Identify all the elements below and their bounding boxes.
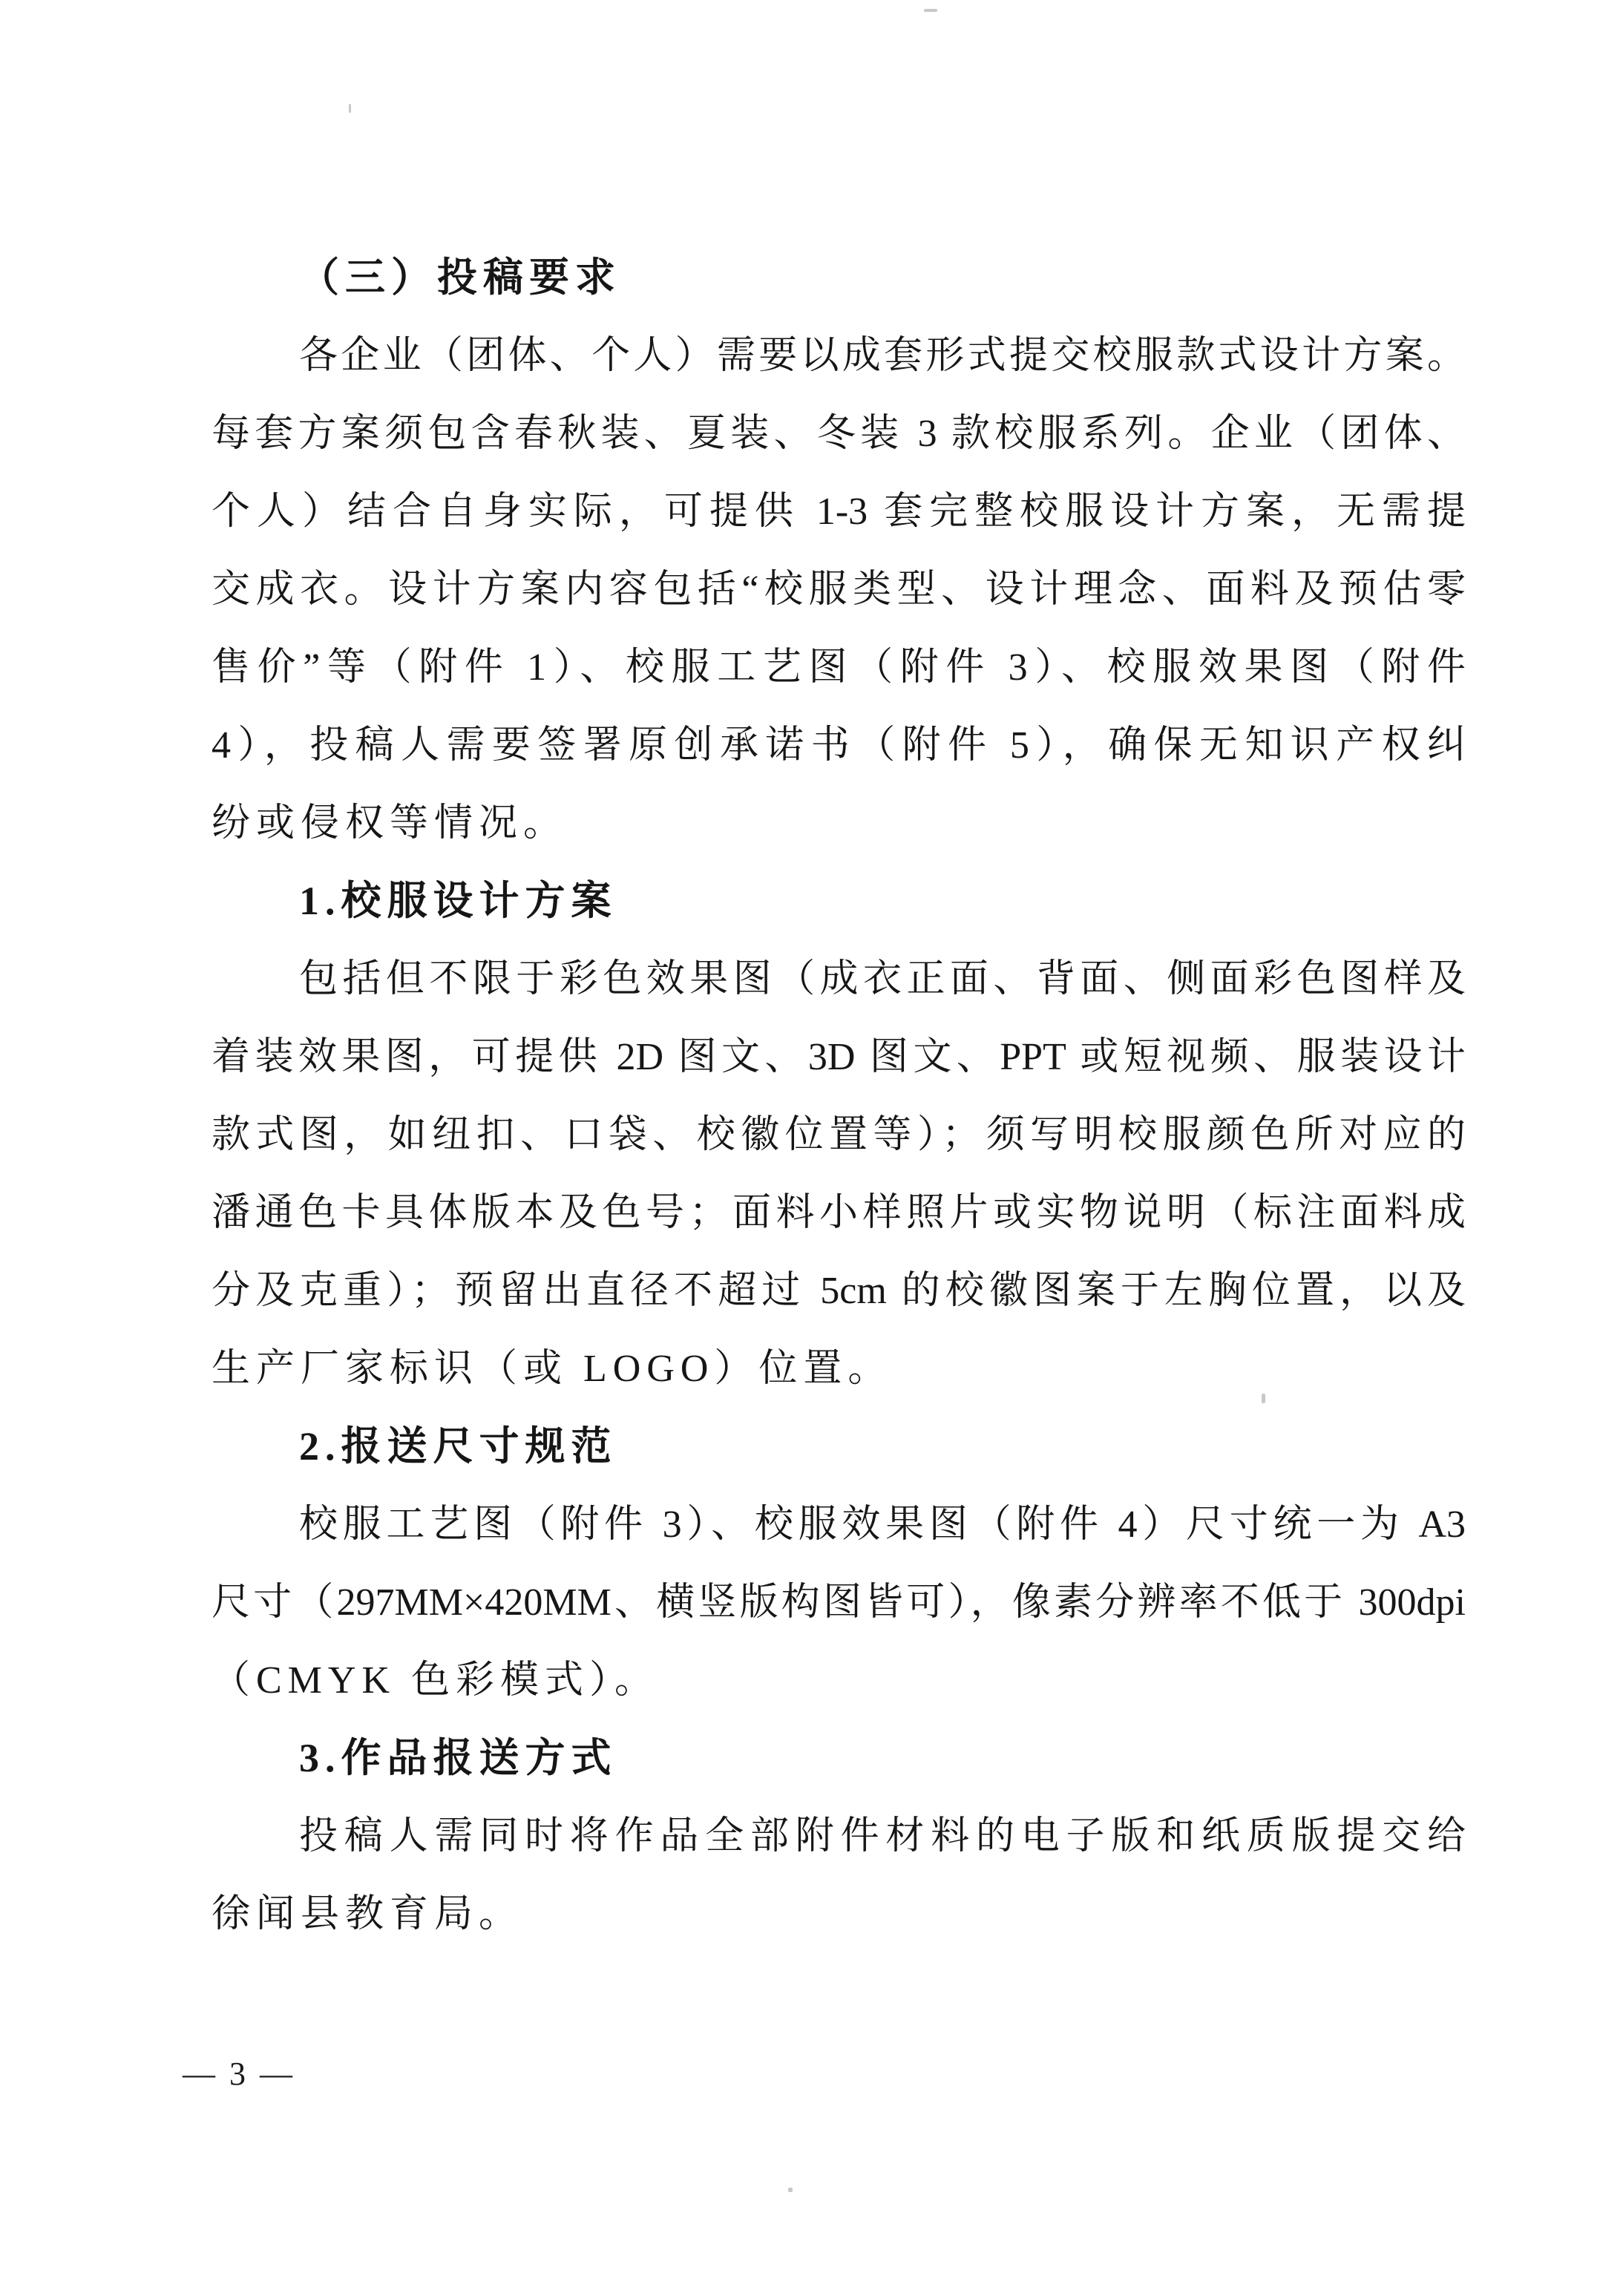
subsection-heading-3: 3.作品报送方式 (212, 1719, 1466, 1797)
scan-speck (788, 2188, 793, 2192)
document-body: （三）投稿要求 各企业（团体、个人）需要以成套形式提交校服款式设计方案。 每套方… (212, 239, 1466, 1953)
subsection-1-line: 生产厂家标识（或 LOGO）位置。 (212, 1330, 1466, 1408)
scan-speck (924, 9, 937, 12)
subsection-heading-1: 1.校服设计方案 (212, 862, 1466, 940)
intro-paragraph-line: 4），投稿人需要签署原创承诺书（附件 5），确保无知识产权纠 (212, 706, 1466, 784)
scanned-document-page: （三）投稿要求 各企业（团体、个人）需要以成套形式提交校服款式设计方案。 每套方… (0, 0, 1623, 2296)
subsection-1-line: 包括但不限于彩色效果图（成衣正面、背面、侧面彩色图样及 (212, 940, 1466, 1018)
scan-speck (1262, 1394, 1265, 1403)
intro-paragraph-line: 纷或侵权等情况。 (212, 784, 1466, 862)
intro-paragraph-line: 个人）结合自身实际，可提供 1-3 套完整校服设计方案，无需提 (212, 473, 1466, 551)
subsection-1-line: 分及克重）；预留出直径不超过 5cm 的校徽图案于左胸位置，以及 (212, 1252, 1466, 1330)
subsection-3-line: 投稿人需同时将作品全部附件材料的电子版和纸质版提交给 (212, 1797, 1466, 1875)
scan-speck (349, 104, 351, 113)
intro-paragraph-line: 各企业（团体、个人）需要以成套形式提交校服款式设计方案。 (212, 317, 1466, 395)
subsection-heading-2: 2.报送尺寸规范 (212, 1408, 1466, 1486)
intro-paragraph-line: 交成衣。设计方案内容包括“校服类型、设计理念、面料及预估零 (212, 551, 1466, 629)
subsection-1-line: 款式图，如纽扣、口袋、校徽位置等）；须写明校服颜色所对应的 (212, 1096, 1466, 1174)
subsection-2-line: 校服工艺图（附件 3）、校服效果图（附件 4）尺寸统一为 A3 (212, 1486, 1466, 1564)
subsection-1-line: 潘通色卡具体版本及色号；面料小样照片或实物说明（标注面料成 (212, 1174, 1466, 1252)
page-number: — 3 — (183, 2051, 295, 2097)
section-heading: （三）投稿要求 (212, 239, 1466, 317)
subsection-2-line: 尺寸（297MM×420MM、横竖版构图皆可），像素分辨率不低于 300dpi (212, 1564, 1466, 1641)
intro-paragraph-line: 每套方案须包含春秋装、夏装、冬装 3 款校服系列。企业（团体、 (212, 395, 1466, 473)
subsection-1-line: 着装效果图，可提供 2D 图文、3D 图文、PPT 或短视频、服装设计 (212, 1018, 1466, 1096)
intro-paragraph-line: 售价”等（附件 1）、校服工艺图（附件 3）、校服效果图（附件 (212, 629, 1466, 706)
subsection-3-line: 徐闻县教育局。 (212, 1875, 1466, 1953)
subsection-2-line: （CMYK 色彩模式）。 (212, 1641, 1466, 1719)
